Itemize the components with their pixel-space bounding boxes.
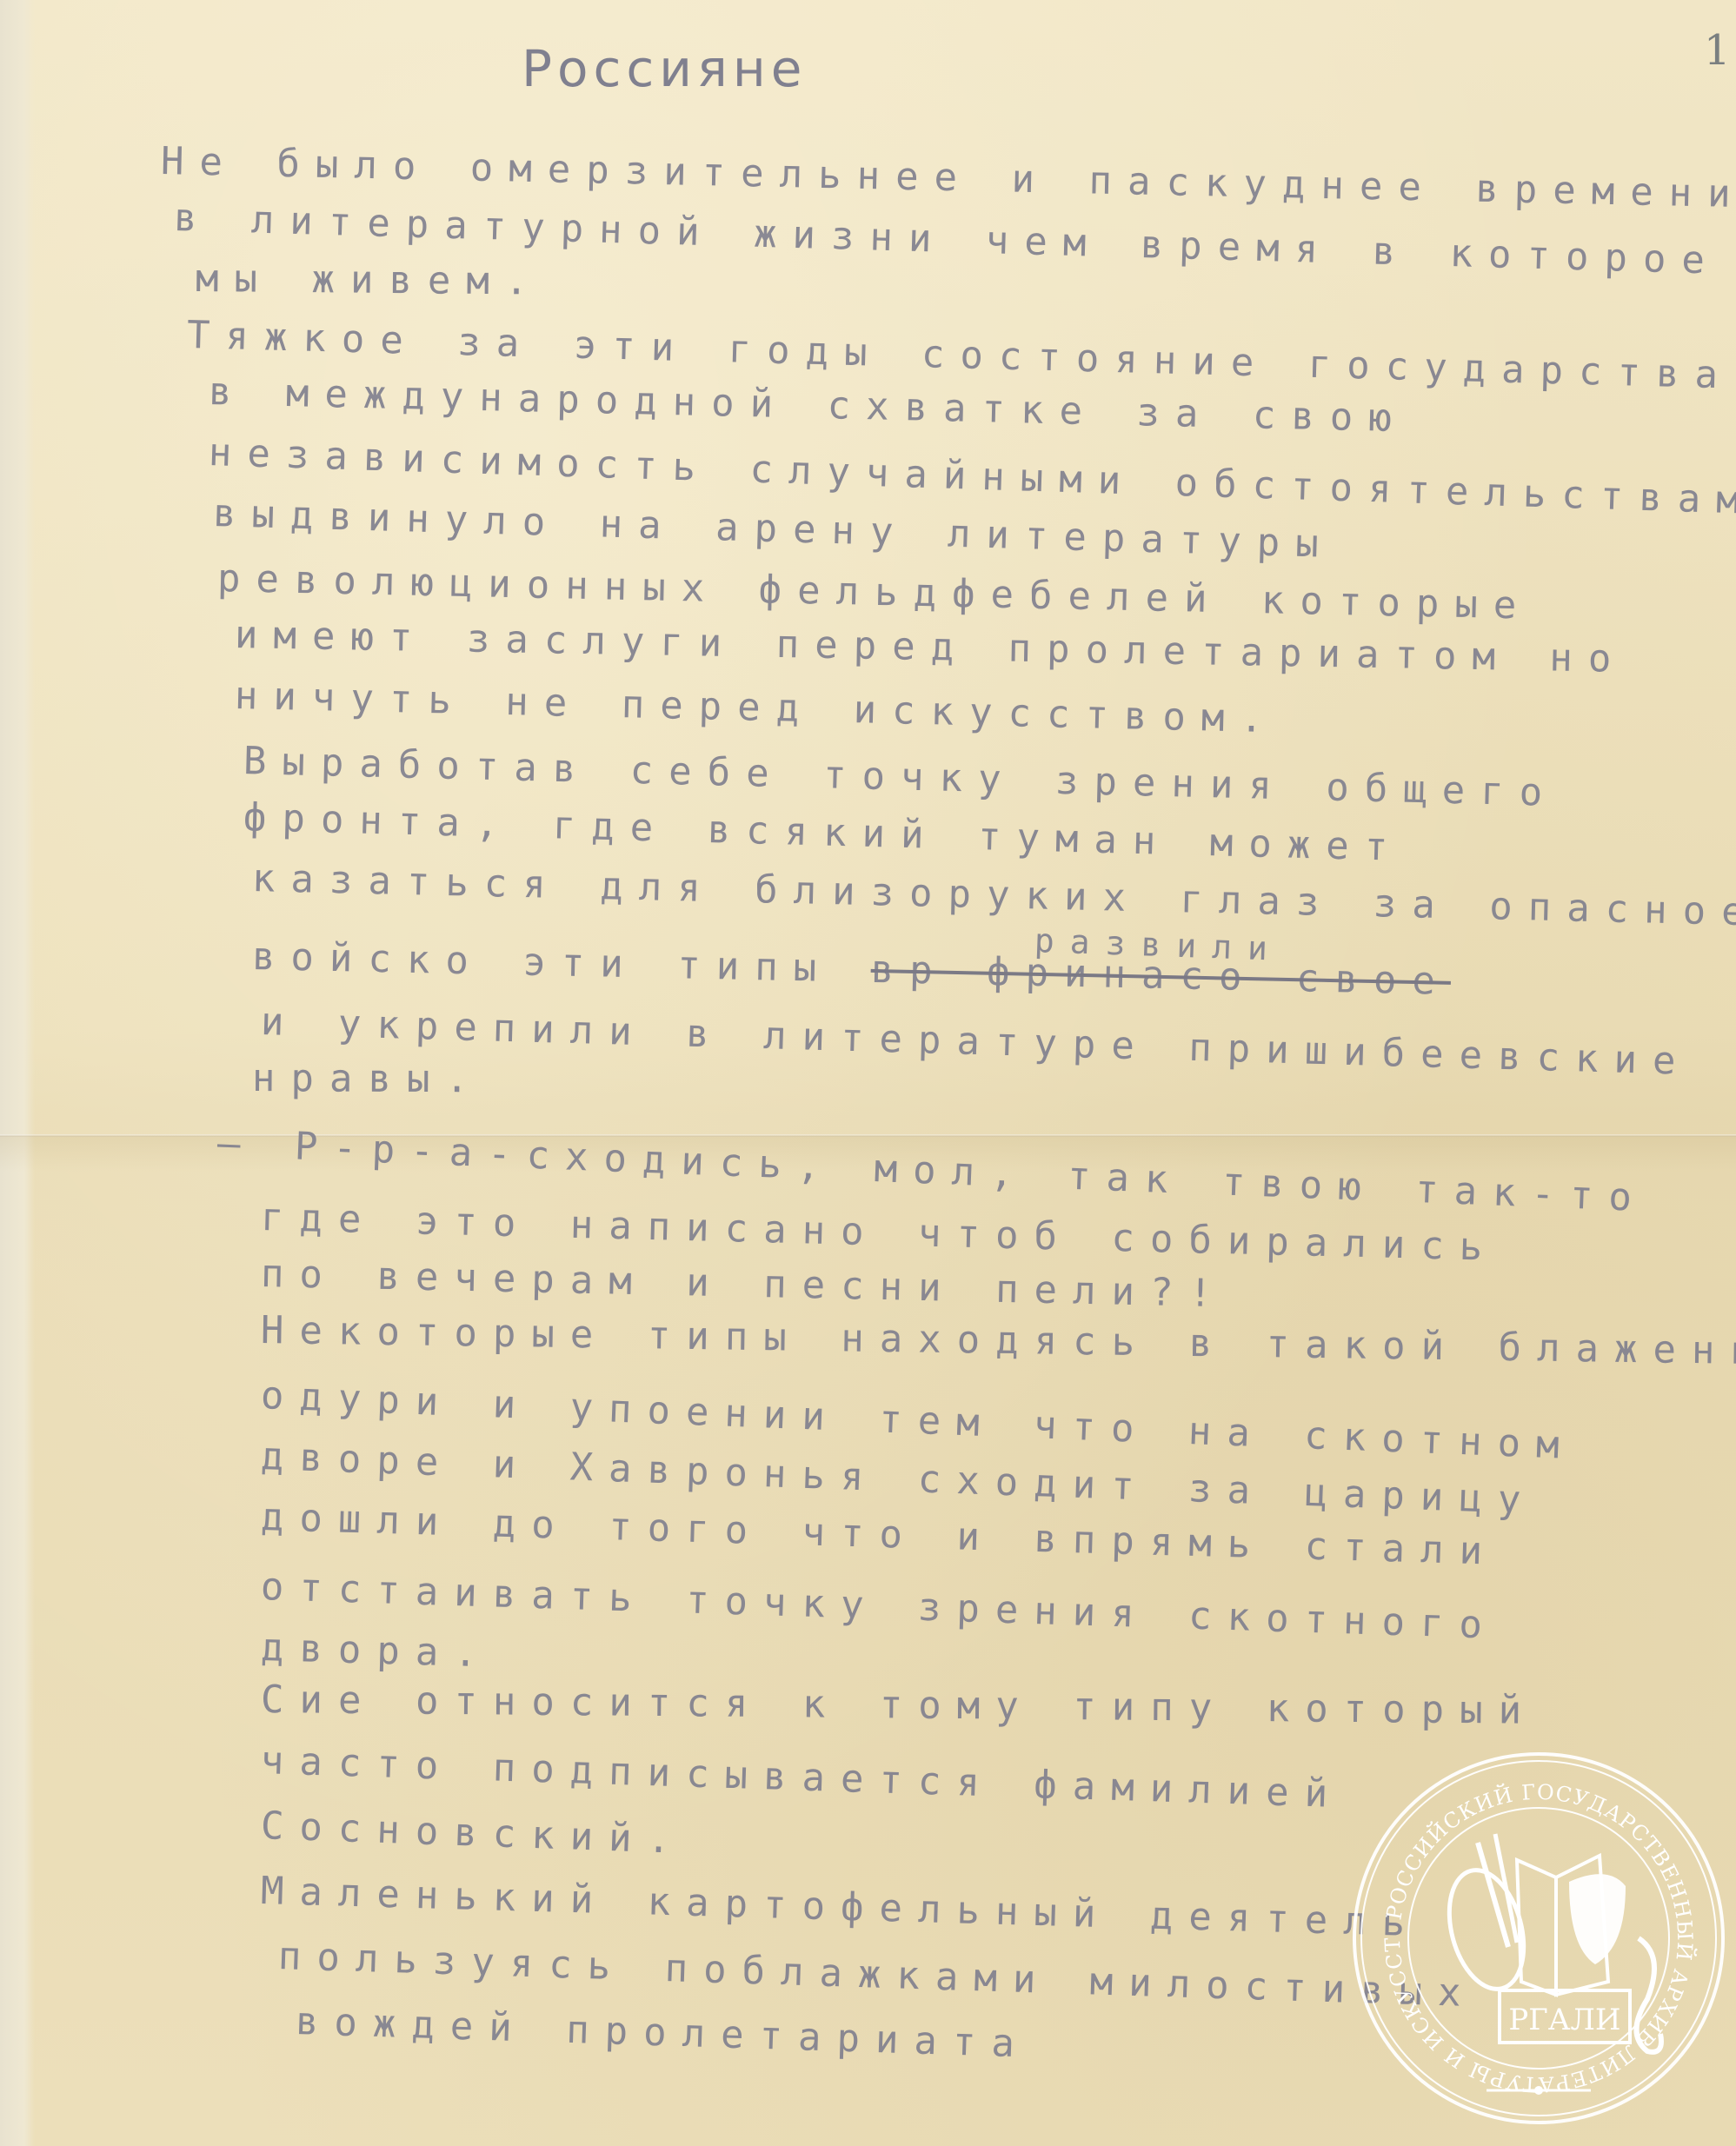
manuscript-line: ничуть не перед искусством. [234, 674, 1279, 741]
manuscript-line: мы живем. [196, 256, 544, 303]
svg-text:РГАЛИ: РГАЛИ [1508, 2003, 1620, 2037]
manuscript-line: казаться для близоруких глаз за опасное [251, 856, 1736, 934]
manuscript-line: часто подписывается фамилией [260, 1738, 1344, 1817]
paper-edge [0, 0, 35, 2146]
manuscript-line-text: войско эти типы [251, 934, 832, 991]
manuscript-line: по вечерам и песни пели?! [260, 1252, 1227, 1316]
manuscript-line: нравы. [252, 1056, 484, 1101]
manuscript-line: вождей пролетариата [295, 1999, 1031, 2067]
manuscript-page: Россияне 1 Не было омерзительнее и паску… [0, 0, 1736, 2146]
document-title: Россияне [522, 39, 807, 98]
page-number: 1 [1704, 26, 1731, 75]
manuscript-line: Маленький картофельный деятель [260, 1869, 1421, 1945]
manuscript-line-text: Сосновский. [260, 1804, 687, 1863]
manuscript-line: Сие относится к тому типу который [261, 1678, 1538, 1733]
manuscript-line: двора. [260, 1625, 493, 1676]
archive-stamp: РОССИЙСКИЙ ГОСУДАРСТВЕННЫЙ АРХИВ ЛИТЕРАТ… [1347, 1747, 1730, 2129]
manuscript-line: Некоторые типы находясь в такой блаженно… [261, 1308, 1736, 1374]
rgali-seal-icon: РОССИЙСКИЙ ГОСУДАРСТВЕННЫЙ АРХИВ ЛИТЕРАТ… [1347, 1747, 1730, 2129]
manuscript-line: Сосновский. [260, 1804, 687, 1863]
